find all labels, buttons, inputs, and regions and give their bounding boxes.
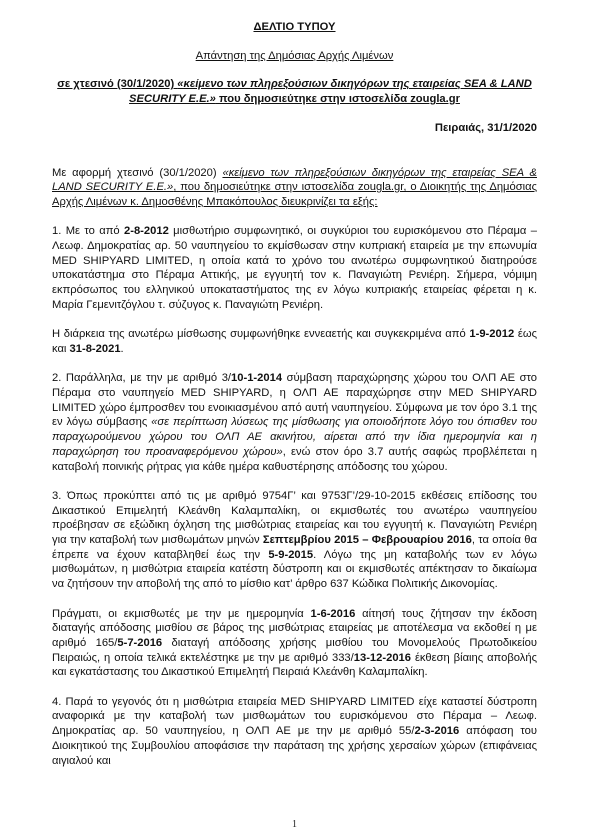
text: μισθωτήριο συμφωνητικό, οι συγκύριοι του…	[52, 225, 537, 311]
document-subtitle: Απάντηση της Δημόσιας Αρχής Λιμένων	[52, 49, 537, 64]
date-bold: 1-9-2012	[469, 328, 514, 340]
date-bold: 5-9-2015	[268, 549, 313, 561]
paragraph-3: 3. Όπως προκύπτει από τις με αριθμό 9754…	[52, 489, 537, 592]
paragraph-2: 2. Παράλληλα, με την με αριθμό 3/10-1-20…	[52, 371, 537, 474]
paragraph-3b: Πράγματι, οι εκμισθωτές με την με ημερομ…	[52, 607, 537, 681]
paragraph-4: 4. Παρά το γεγονός ότι η μισθώτρια εταιρ…	[52, 695, 537, 769]
date-bold: 2-3-2016	[414, 725, 459, 737]
text: 1. Με το από	[52, 225, 124, 237]
page-number: 1	[0, 819, 589, 830]
document-title: ΔΕΛΤΙΟ ΤΥΠΟΥ	[52, 20, 537, 35]
place-date: Πειραιάς, 31/1/2020	[52, 121, 537, 136]
text: Πράγματι, οι εκμισθωτές με την με ημερομ…	[52, 608, 311, 620]
paragraph-1b: Η διάρκεια της ανωτέρω μίσθωσης συμφωνήθ…	[52, 327, 537, 356]
date-bold: 2-8-2012	[124, 225, 169, 237]
text: .	[121, 343, 124, 355]
text: Η διάρκεια της ανωτέρω μίσθωσης συμφωνήθ…	[52, 328, 469, 340]
intro-text: Με αφορμή χτεσινό (30/1/2020)	[52, 167, 222, 179]
subject-prefix: σε χτεσινό (30/1/2020)	[57, 78, 177, 90]
date-bold: 1-6-2016	[311, 608, 356, 620]
paragraph-1: 1. Με το από 2-8-2012 μισθωτήριο συμφωνη…	[52, 224, 537, 312]
date-bold: 31-8-2021	[70, 343, 121, 355]
subject-suffix: που δημοσιεύτηκε στην ιστοσελίδα zougla.…	[216, 93, 460, 105]
text: 2. Παράλληλα, με την με αριθμό 3/	[52, 372, 231, 384]
date-bold: 5-7-2016	[117, 637, 162, 649]
period-bold: Σεπτεμβρίου 2015 – Φεβρουαρίου 2016	[263, 534, 472, 546]
document-page: ΔΕΛΤΙΟ ΤΥΠΟΥ Απάντηση της Δημόσιας Αρχής…	[0, 0, 589, 839]
document-subject: σε χτεσινό (30/1/2020) «κείμενο των πληρ…	[52, 77, 537, 106]
document-body: ΔΕΛΤΙΟ ΤΥΠΟΥ Απάντηση της Δημόσιας Αρχής…	[52, 20, 537, 783]
date-bold: 10-1-2014	[231, 372, 282, 384]
date-bold: 13-12-2016	[354, 652, 411, 664]
intro-paragraph: Με αφορμή χτεσινό (30/1/2020) «κείμενο τ…	[52, 166, 537, 210]
